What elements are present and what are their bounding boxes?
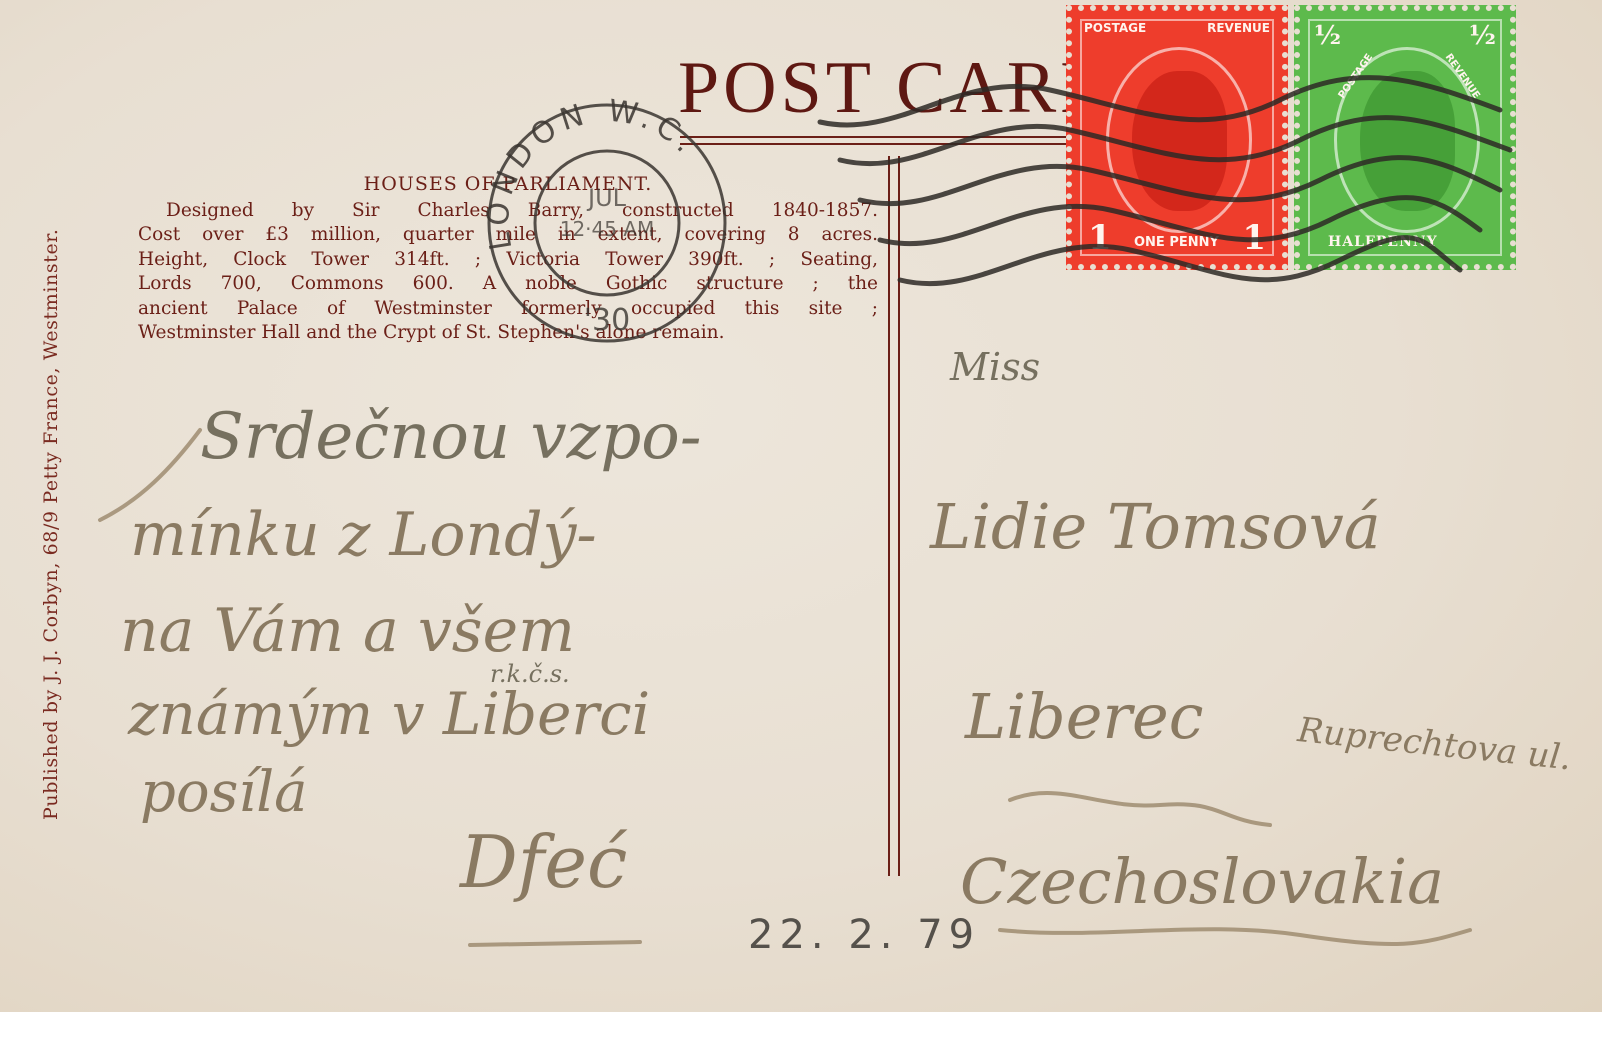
wavy-cancellation-lines xyxy=(780,40,1520,340)
address-salutation: Miss xyxy=(950,345,1040,389)
message-line: posílá xyxy=(140,760,308,825)
address-street: Ruprechtova ul. xyxy=(1296,710,1573,778)
postmark-year: '30 xyxy=(584,303,630,338)
postmark-month: JUL xyxy=(586,184,627,212)
stamp-postage-label: POSTAGE xyxy=(1084,21,1146,35)
message-line: známým v Liberci xyxy=(128,680,650,748)
message-line: na Vám a všem xyxy=(120,596,575,666)
pencil-date-note: 22. 2. 79 xyxy=(748,912,980,958)
postmark-time: 12·45 AM xyxy=(560,217,655,241)
postcard-back: Published by J. J. Corbyn, 68/9 Petty Fr… xyxy=(0,0,1602,1012)
address-city: Liberec xyxy=(965,680,1203,753)
stamp-revenue-label: REVENUE xyxy=(1207,21,1270,35)
address-name: Lidie Tomsová xyxy=(930,490,1381,563)
address-country: Czechoslovakia xyxy=(960,845,1444,918)
signature: Dfeć xyxy=(460,820,627,904)
london-postmark: LONDON W.C. JUL 12·45 AM '30 xyxy=(482,98,732,348)
publisher-imprint: Published by J. J. Corbyn, 68/9 Petty Fr… xyxy=(40,90,62,820)
message-line: Srdečnou vzpo- xyxy=(200,400,701,474)
message-line: mínku z Londý- xyxy=(130,500,597,570)
